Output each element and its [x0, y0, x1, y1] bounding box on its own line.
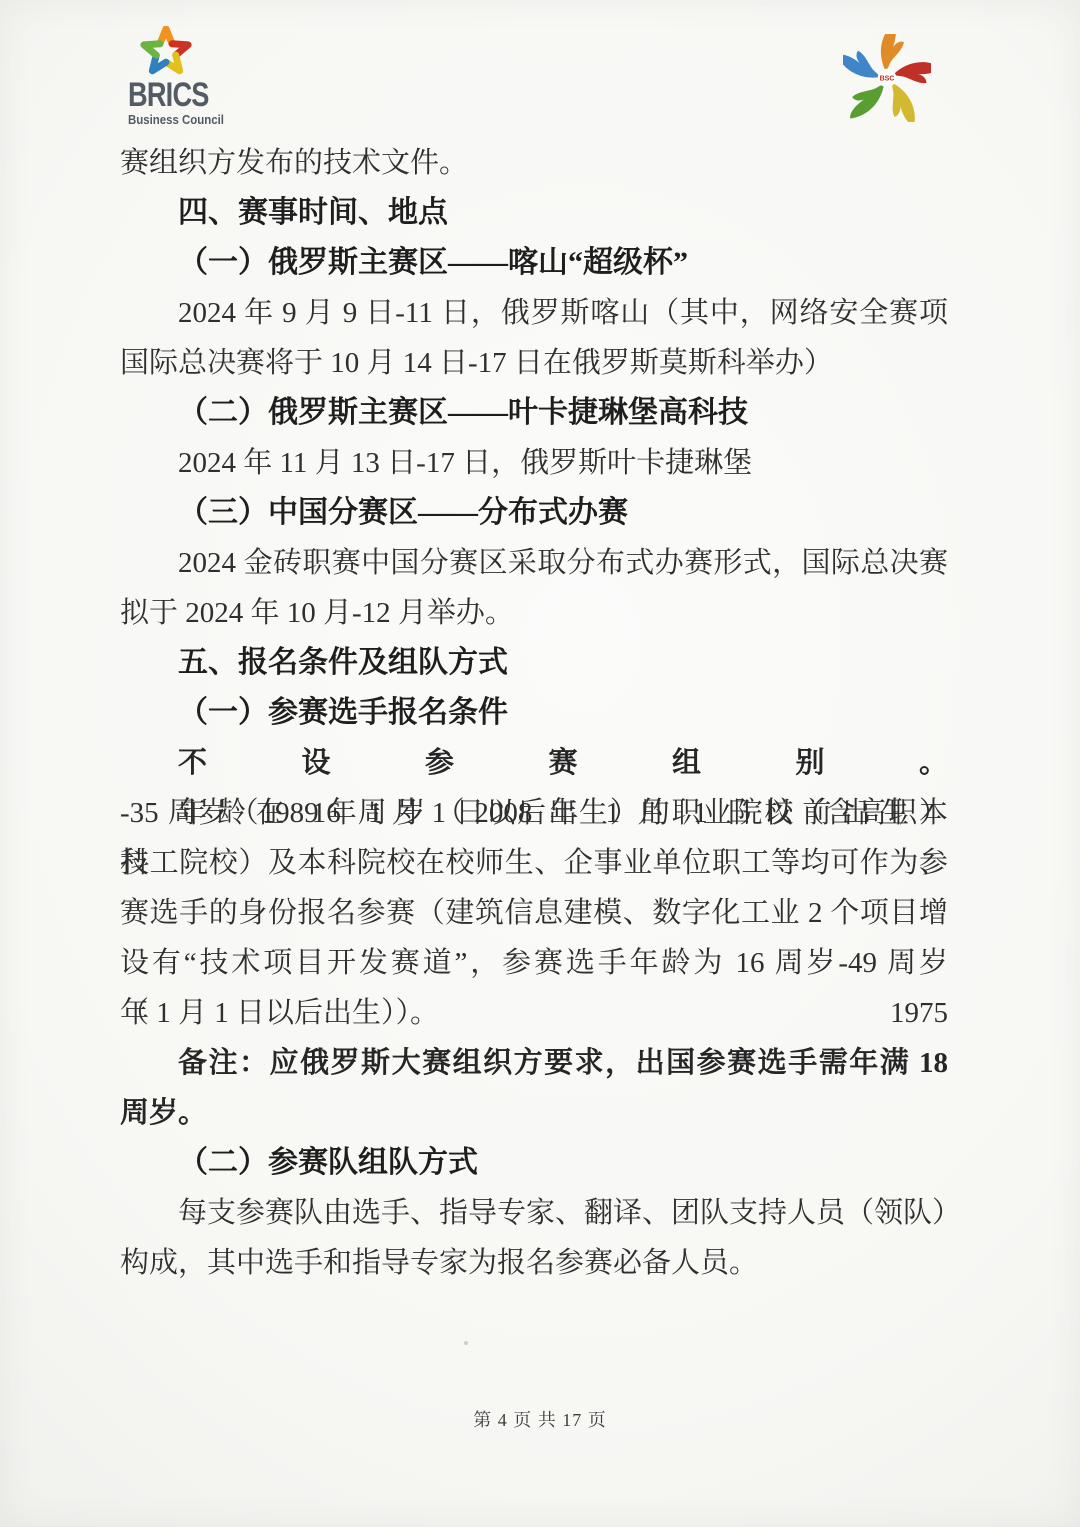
text-segment: 2024 年 9 月 9 日-11 日，俄罗斯喀山（其中，网络安全赛项: [178, 297, 948, 329]
text-line: （一）参赛选手报名条件: [120, 688, 948, 738]
bsc-logo: BSC: [843, 34, 931, 122]
text-line: 赛选手的身份报名参赛（建筑信息建模、数字化工业 2 个项目增: [120, 888, 948, 938]
text-segment: 周岁。: [120, 1097, 207, 1129]
text-segment: 四、赛事时间、地点: [178, 196, 448, 229]
text-line: 五、报名条件及组队方式: [120, 638, 948, 688]
document-body: 赛组织方发布的技术文件。四、赛事时间、地点（一）俄罗斯主赛区——喀山“超级杯”2…: [120, 138, 948, 1288]
text-segment: （一）参赛选手报名条件: [178, 696, 508, 729]
brics-subtitle: Business Council: [128, 113, 224, 126]
text-segment: 2024 年 11 月 13 日-17 日，俄罗斯叶卡捷琳堡: [178, 447, 752, 479]
text-line: 四、赛事时间、地点: [120, 188, 948, 238]
text-line: 周岁。: [120, 1088, 948, 1138]
text-segment: 备注：应俄罗斯大赛组织方要求，出国参赛选手需年满 18: [178, 1047, 948, 1079]
text-line: （一）俄罗斯主赛区——喀山“超级杯”: [120, 238, 948, 288]
bsc-center-label: BSC: [880, 76, 895, 83]
text-segment: 技工院校）及本科院校在校师生、企事业单位职工等均可作为参: [120, 847, 948, 879]
text-line: 技工院校）及本科院校在校师生、企事业单位职工等均可作为参: [120, 838, 948, 888]
brics-wordmark: BRICS: [128, 80, 209, 110]
text-segment: （三）中国分赛区——分布式办赛: [178, 496, 628, 529]
text-segment: （一）俄罗斯主赛区——喀山“超级杯”: [178, 246, 688, 279]
page-footer: 第 4 页 共 17 页: [0, 1398, 1080, 1442]
text-segment: 五、报名条件及组队方式: [178, 646, 508, 679]
text-segment: （二）参赛队组队方式: [178, 1146, 478, 1179]
text-line: 赛组织方发布的技术文件。: [120, 138, 948, 188]
text-segment: 构成，其中选手和指导专家为报名参赛必备人员。: [120, 1247, 758, 1279]
text-line: 2024 年 11 月 13 日-17 日，俄罗斯叶卡捷琳堡: [120, 438, 948, 488]
text-line: （三）中国分赛区——分布式办赛: [120, 488, 948, 538]
text-line: （二）参赛队组队方式: [120, 1138, 948, 1188]
text-line: 每支参赛队由选手、指导专家、翻译、团队支持人员（领队）: [120, 1188, 948, 1238]
document-page: BRICS Business Council BSC 赛组织方发布的技术文件。: [0, 0, 1080, 1527]
page-number: 第 4 页 共 17 页: [473, 1410, 607, 1430]
text-segment: 2024 金砖职赛中国分赛区采取分布式办赛形式，国际总决赛: [178, 547, 948, 579]
text-line: 构成，其中选手和指导专家为报名参赛必备人员。: [120, 1238, 948, 1288]
brics-logo: BRICS Business Council: [128, 26, 238, 129]
brics-star-icon: [140, 26, 192, 78]
text-line: 设有“技术项目开发赛道”，参赛选手年龄为 16 周岁-49 周岁（1975: [120, 938, 948, 988]
text-line: 2024 年 9 月 9 日-11 日，俄罗斯喀山（其中，网络安全赛项: [120, 288, 948, 338]
text-line: 国际总决赛将于 10 月 14 日-17 日在俄罗斯莫斯科举办）: [120, 338, 948, 388]
text-line: 2024 金砖职赛中国分赛区采取分布式办赛形式，国际总决赛: [120, 538, 948, 588]
text-segment: 国际总决赛将于 10 月 14 日-17 日在俄罗斯莫斯科举办）: [120, 347, 833, 379]
text-segment: 赛组织方发布的技术文件。: [120, 147, 468, 179]
text-segment: 不设参赛组别。: [178, 747, 948, 779]
text-segment: 拟于 2024 年 10 月-12 月举办。: [120, 597, 514, 629]
text-segment: 每支参赛队由选手、指导专家、翻译、团队支持人员（领队）: [178, 1197, 961, 1229]
scan-speck: [464, 1341, 468, 1345]
text-line: （二）俄罗斯主赛区——叶卡捷琳堡高科技: [120, 388, 948, 438]
text-segment: 年 1 月 1 日以后出生））。: [120, 997, 439, 1029]
text-line: 不设参赛组别。年龄在 16 周岁（2008 年 1 月 1 日以前出生）: [120, 738, 948, 788]
text-line: 备注：应俄罗斯大赛组织方要求，出国参赛选手需年满 18: [120, 1038, 948, 1088]
text-line: -35 周岁（1989 年 1 月 1 日以后出生）的职业院校（含高职本科、: [120, 788, 948, 838]
text-segment: （二）俄罗斯主赛区——叶卡捷琳堡高科技: [178, 396, 748, 429]
text-line: 拟于 2024 年 10 月-12 月举办。: [120, 588, 948, 638]
bsc-pinwheel-icon: BSC: [843, 34, 931, 122]
text-segment: 赛选手的身份报名参赛（建筑信息建模、数字化工业 2 个项目增: [120, 897, 948, 929]
